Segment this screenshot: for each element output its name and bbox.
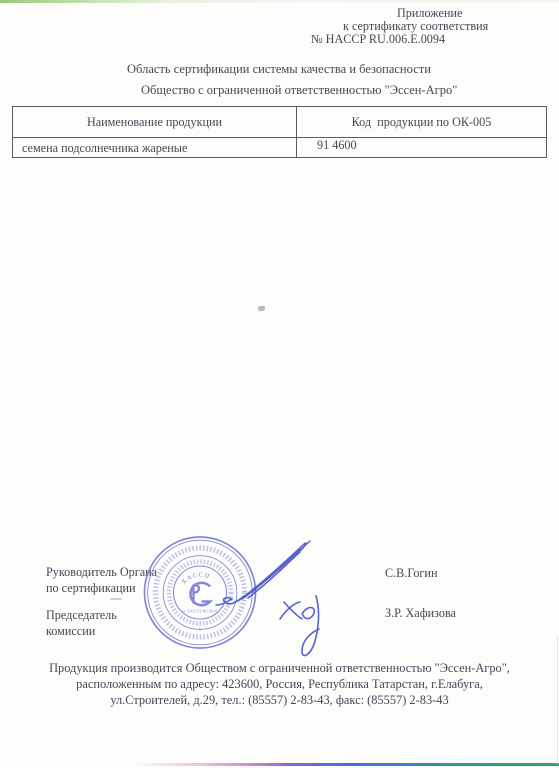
column-header-product-code: Код продукции по ОК-005	[297, 107, 546, 137]
products-table: Наименование продукции Код продукции по …	[12, 106, 547, 158]
scan-smudge	[110, 598, 122, 600]
signatory-name-khafizova: З.Р. Хафизова	[385, 606, 456, 621]
signatory-role-chair-line2: комиссии	[46, 624, 95, 639]
signature-gogin-ink	[216, 541, 310, 605]
scan-artifact-right-edge	[557, 636, 558, 764]
manufacturer-address-block: Продукция производится Обществом с огран…	[0, 660, 559, 709]
footer-line-2: расположенным по адресу: 423600, Россия,…	[0, 676, 559, 692]
certification-scope-title: Область сертификации системы качества и …	[127, 62, 431, 77]
round-stamp-and-signatures: ХАССП № ХАССП RU.0001 ✦	[130, 525, 350, 671]
product-name-cell: семена подсолнечника жареные	[13, 138, 297, 157]
table-row: семена подсолнечника жареные 91 4600	[13, 138, 546, 157]
svg-text:✦: ✦	[198, 627, 202, 632]
signature-khafizova-ink	[280, 596, 319, 656]
footer-line-3: ул.Строителей, д.29, тел.: (85557) 2-83-…	[0, 692, 559, 708]
table-header-row: Наименование продукции Код продукции по …	[13, 107, 546, 138]
scan-artifact-top-edge	[0, 0, 559, 3]
signatory-role-chair-line1: Председатель	[46, 608, 117, 623]
scanned-certificate-page: Приложение к сертификату соответствия № …	[0, 0, 559, 768]
stamp-icon: ХАССП № ХАССП RU.0001 ✦	[130, 525, 350, 671]
scan-dust-speck	[258, 306, 266, 312]
footer-line-1: Продукция производится Обществом с огран…	[0, 660, 559, 676]
stamp-small-text: № ХАССП RU.0001	[182, 610, 218, 614]
signatory-role-head-line2: по сертификации	[46, 581, 136, 596]
company-name-title: Общество с ограниченной ответственностью…	[141, 83, 457, 98]
product-code-cell: 91 4600	[297, 138, 546, 157]
column-header-product-name: Наименование продукции	[13, 107, 297, 137]
scan-artifact-bottom-edge	[0, 763, 559, 766]
signatory-name-gogin: С.В.Гогин	[385, 566, 437, 581]
certificate-number: № HACCP RU.006.E.0094	[311, 32, 445, 47]
